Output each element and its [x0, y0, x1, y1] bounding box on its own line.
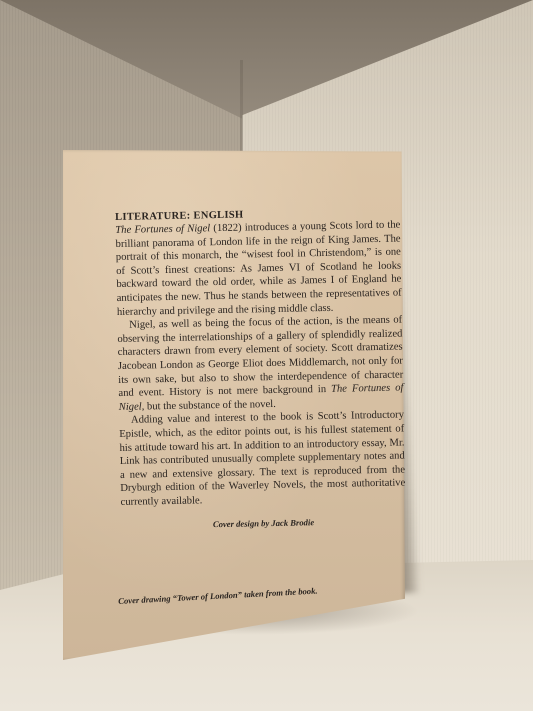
paragraph-2-text-b: but the substance of the novel.	[144, 399, 276, 413]
blurb-paragraph-2: Nigel, as well as being the focus of the…	[117, 314, 404, 415]
blurb-text-block: LITERATURE: ENGLISH The Fortunes of Nige…	[115, 207, 406, 532]
blurb-paragraph-3: Adding value and interest to the book is…	[119, 409, 406, 510]
paragraph-3-text: Adding value and interest to the book is…	[119, 410, 405, 508]
blurb-paragraph-1: The Fortunes of Nigel (1822) introduces …	[115, 219, 402, 320]
photo-scene: LITERATURE: ENGLISH The Fortunes of Nige…	[0, 0, 533, 711]
book-title: The Fortunes of Nigel	[115, 223, 210, 236]
